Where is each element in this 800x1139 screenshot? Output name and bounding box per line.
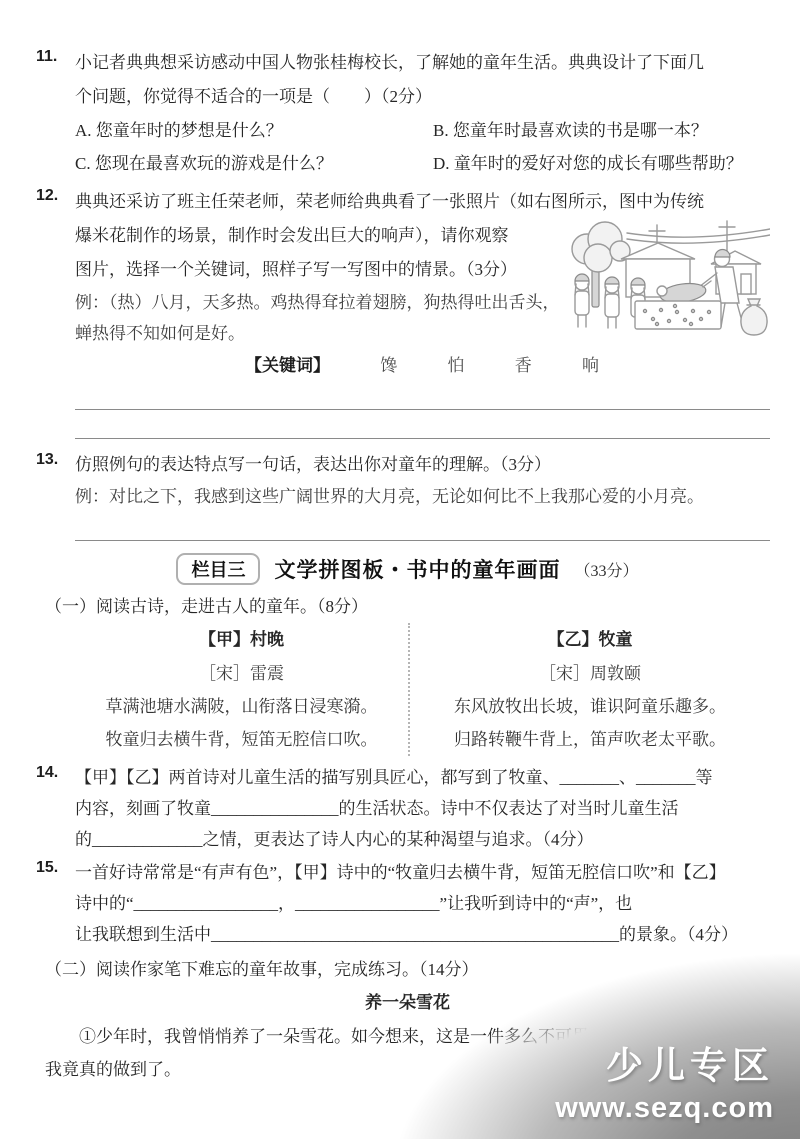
question-14-text-line: 的_____________之情，更表达了诗人内心的某种渴望与追求。（4分） [75, 824, 770, 855]
poem-title: 【乙】牧童 [410, 623, 770, 657]
section-3-title: 文学拼图板・书中的童年画面 [274, 554, 560, 584]
answer-line [75, 381, 770, 410]
question-11-text-line: 小记者典典想采访感动中国人物张桂梅校长，了解她的童年生活。典典设计了下面几 [75, 46, 770, 80]
section-3-header: 栏目三 文学拼图板・书中的童年画面 （33分） [45, 549, 770, 589]
poem-author: ［宋］雷震 [75, 657, 408, 690]
answer-line [75, 512, 770, 541]
section-3-score: （33分） [574, 558, 638, 581]
section-3-badge: 栏目三 [176, 553, 260, 585]
question-12: 12. [45, 185, 770, 439]
question-13: 13. 仿照例句的表达特点写一句话，表达出你对童年的理解。（3分） 例：对比之下… [45, 449, 770, 541]
keywords-row: 【关键词】 馋 怕 香 响 [245, 351, 770, 381]
question-13-text: 仿照例句的表达特点写一句话，表达出你对童年的理解。（3分） [75, 449, 770, 481]
site-watermark: 少儿专区 www.sezq.com [555, 1035, 774, 1125]
question-11-text-line: 个问题，你觉得不适合的一项是（ ）（2分） [75, 80, 770, 114]
poem-title: 【甲】村晚 [75, 623, 408, 657]
watermark-site-name: 少儿专区 [555, 1035, 774, 1089]
poem-cunwan: 【甲】村晚 ［宋］雷震 草满池塘水满陂，山衔落日浸寒漪。 牧童归去横牛背，短笛无… [75, 623, 410, 756]
watermark-site-url: www.sezq.com [555, 1092, 774, 1125]
keyword-chan: 馋 [380, 356, 397, 375]
question-13-number: 13. [36, 451, 58, 469]
option-a: A. 您童年时的梦想是什么？ [75, 114, 433, 147]
keyword-xiang2: 响 [582, 356, 599, 375]
option-c: C. 您现在最喜欢玩的游戏是什么？ [75, 147, 433, 180]
keywords-label: 【关键词】 [245, 356, 330, 375]
passage-title: 养一朵雪花 [45, 986, 770, 1020]
keyword-xiang: 香 [515, 356, 532, 375]
question-14-number: 14. [36, 764, 58, 782]
part-2-heading: （二）阅读作家笔下难忘的童年故事，完成练习。（14分） [45, 954, 770, 986]
option-b: B. 您童年时最喜欢读的书是哪一本？ [433, 114, 770, 147]
option-d: D. 童年时的爱好对您的成长有哪些帮助？ [433, 147, 770, 180]
question-14-text-line: 内容，刻画了牧童_______________的生活状态。诗中不仅表达了对当时儿… [75, 793, 770, 824]
part-1-heading: （一）阅读古诗，走进古人的童年。（8分） [45, 591, 770, 623]
question-14: 14. 【甲】【乙】两首诗对儿童生活的描写别具匠心，都写到了牧童、_______… [45, 762, 770, 855]
question-11: 11. 小记者典典想采访感动中国人物张桂梅校长，了解她的童年生活。典典设计了下面… [45, 46, 770, 180]
question-15-text-line: 一首好诗常常是“有声有色”，【甲】诗中的“牧童归去横牛背，短笛无腔信口吹”和【乙… [75, 857, 770, 888]
exam-page: 11. 小记者典典想采访感动中国人物张桂梅校长，了解她的童年生活。典典设计了下面… [0, 0, 800, 1139]
question-15: 15. 一首好诗常常是“有声有色”，【甲】诗中的“牧童归去横牛背，短笛无腔信口吹… [45, 857, 770, 950]
popcorn-scene-illustration [565, 211, 770, 344]
keyword-pa: 怕 [448, 356, 465, 375]
answer-line [75, 410, 770, 439]
question-13-example: 例：对比之下，我感到这些广阔世界的大月亮，无论如何比不上我那心爱的小月亮。 [75, 481, 770, 512]
poem-comparison-table: 【甲】村晚 ［宋］雷震 草满池塘水满陂，山衔落日浸寒漪。 牧童归去横牛背，短笛无… [75, 623, 770, 756]
sack-icon [741, 299, 767, 335]
poem-line: 归路转鞭牛背上，笛声吹老太平歌。 [410, 723, 770, 756]
question-14-text-line: 【甲】【乙】两首诗对儿童生活的描写别具匠心，都写到了牧童、_______、___… [75, 762, 770, 793]
poem-mutong: 【乙】牧童 ［宋］周敦颐 东风放牧出长坡，谁识阿童乐趣多。 归路转鞭牛背上，笛声… [410, 623, 770, 756]
question-15-text-line: 让我联想到生活中________________________________… [75, 919, 770, 950]
question-11-options: A. 您童年时的梦想是什么？ B. 您童年时最喜欢读的书是哪一本？ C. 您现在… [75, 114, 770, 180]
question-11-number: 11. [36, 48, 57, 66]
question-15-text-line: 诗中的“_________________，_________________”… [75, 888, 770, 919]
poem-line: 东风放牧出长坡，谁识阿童乐趣多。 [410, 690, 770, 723]
poem-author: ［宋］周敦颐 [410, 657, 770, 690]
question-12-number: 12. [36, 187, 58, 205]
stove-box-icon [635, 301, 721, 329]
poem-line: 草满池塘水满陂，山衔落日浸寒漪。 [75, 690, 408, 723]
question-15-number: 15. [36, 859, 58, 877]
poem-line: 牧童归去横牛背，短笛无腔信口吹。 [75, 723, 408, 756]
